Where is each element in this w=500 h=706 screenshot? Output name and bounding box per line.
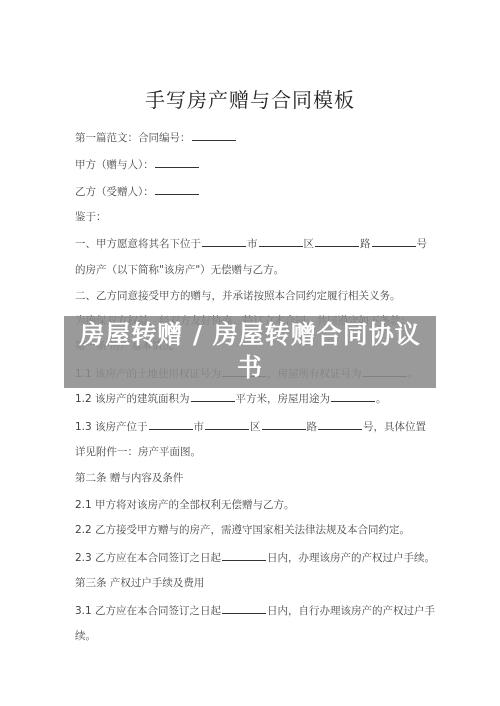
segment-text: 日内，自行办理该房产的产权过户手	[267, 605, 435, 617]
clause-one-cont-line: 的房产（以下简称"该房产"）无偿赠与乙方。	[75, 263, 284, 277]
article-three-heading: 第三条 产权过户手续及费用	[75, 576, 204, 590]
blank-field	[372, 236, 416, 247]
line-text: 1.3 该房产位于	[75, 421, 148, 433]
segment-text: 平方米，房屋用途为	[236, 393, 331, 405]
segment-text: 区	[250, 421, 261, 433]
party-a-line: 甲方（赠与人）：	[75, 157, 200, 172]
line-text: 乙方（受赠人）：	[75, 186, 154, 198]
clause-one-line: 一、甲方愿意将其名下位于市区路号	[75, 236, 427, 251]
blank-field	[331, 391, 375, 402]
blank-field	[191, 391, 235, 402]
blank-field	[262, 419, 306, 430]
article-two-heading: 第二条 赠与内容及条件	[75, 471, 183, 485]
line-text: 详见附件一：房产平面图。	[75, 446, 201, 458]
blank-field	[259, 236, 303, 247]
line-text: 2.3 乙方应在本合同签订之日起	[75, 552, 221, 564]
document-page: 手写房产赠与合同模板 第一篇范文：合同编号： 甲方（赠与人）： 乙方（受赠人）：…	[0, 0, 500, 706]
party-b-line: 乙方（受赠人）：	[75, 184, 200, 199]
line-text: 第一篇范文：合同编号：	[75, 132, 191, 144]
segment-text: 号，具体位置	[363, 421, 426, 433]
overlay-title: 房屋转赠 / 房屋转赠合同协议 书	[64, 318, 436, 384]
line-text: 3.1 乙方应在本合同签订之日起	[75, 605, 221, 617]
blank-field	[149, 419, 193, 430]
line-text: 续。	[75, 630, 96, 642]
segment-text: 号	[417, 238, 428, 250]
line-text: 的房产（以下简称"该房产"）无偿赠与乙方。	[75, 264, 284, 276]
clause-two-line: 二、乙方同意接受甲方的赠与，并承诺按照本合同约定履行相关义务。	[75, 289, 401, 303]
segment-text: 市	[247, 238, 258, 250]
line-text: 2.1 甲方将对该房产的全部权利无偿赠与乙方。	[75, 499, 295, 511]
blank-field	[192, 130, 236, 141]
blank-field	[318, 419, 362, 430]
blank-field	[222, 550, 266, 561]
item-2-3-line: 2.3 乙方应在本合同签订之日起日内，办理该房产的产权过户手续。	[75, 550, 435, 565]
blank-field	[155, 157, 199, 168]
blank-field	[155, 184, 199, 195]
segment-text: 日内，办理该房产的产权过户手续。	[267, 552, 435, 564]
item-1-3-line: 1.3 该房产位于市区路号，具体位置	[75, 419, 426, 434]
blank-field	[222, 603, 266, 614]
line-text: 甲方（赠与人）：	[75, 159, 154, 171]
item-3-1-line: 3.1 乙方应在本合同签订之日起日内，自行办理该房产的产权过户手	[75, 603, 435, 618]
segment-text: 区	[304, 238, 315, 250]
segment-text: 路	[360, 238, 371, 250]
whereas-line: 鉴于：	[75, 210, 107, 224]
overlay-title-line2: 书	[64, 351, 436, 384]
blank-field	[315, 236, 359, 247]
line-text: 第三条 产权过户手续及费用	[75, 577, 204, 589]
line-text: 一、甲方愿意将其名下位于	[75, 238, 201, 250]
blank-field	[202, 236, 246, 247]
item-1-3-cont-line: 详见附件一：房产平面图。	[75, 445, 201, 459]
line-text: 二、乙方同意接受甲方的赠与，并承诺按照本合同约定履行相关义务。	[75, 290, 401, 302]
line-text: 1.2 该房产的建筑面积为	[75, 393, 190, 405]
item-2-1-line: 2.1 甲方将对该房产的全部权利无偿赠与乙方。	[75, 498, 295, 512]
item-3-1-cont-line: 续。	[75, 629, 96, 643]
blank-field	[205, 419, 249, 430]
segment-text: 路	[307, 421, 318, 433]
line-text: 2.2 乙方接受甲方赠与的房产，需遵守国家相关法律法规及本合同约定。	[75, 524, 410, 536]
segment-text: 。	[376, 393, 387, 405]
item-2-2-line: 2.2 乙方接受甲方赠与的房产，需遵守国家相关法律法规及本合同约定。	[75, 523, 410, 537]
contract-number-line: 第一篇范文：合同编号：	[75, 130, 237, 145]
document-title: 手写房产赠与合同模板	[0, 84, 500, 113]
line-text: 鉴于：	[75, 211, 107, 223]
item-1-2-line: 1.2 该房产的建筑面积为平方米，房屋用途为。	[75, 391, 387, 406]
segment-text: 市	[194, 421, 205, 433]
line-text: 第二条 赠与内容及条件	[75, 472, 183, 484]
overlay-title-line1: 房屋转赠 / 房屋转赠合同协议	[64, 318, 436, 351]
